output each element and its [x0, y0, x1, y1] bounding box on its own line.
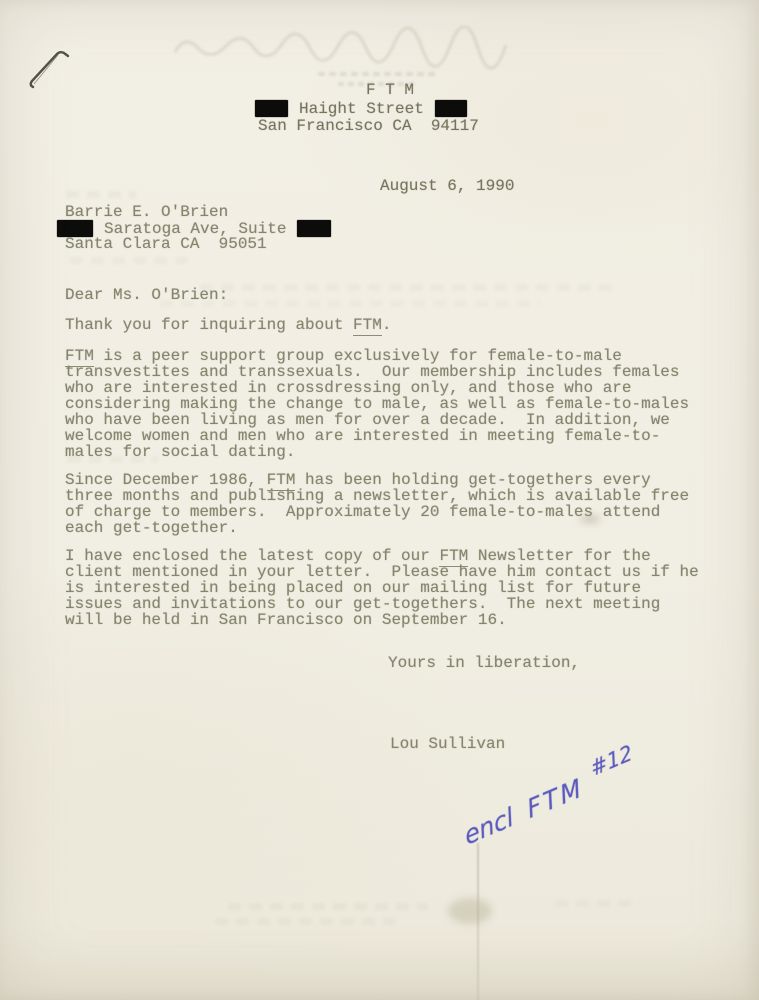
staple [20, 40, 80, 100]
text-line: transvestites and transsexuals. Our memb… [65, 364, 689, 380]
redaction-box [435, 100, 467, 117]
text-segment: each get-together. [65, 519, 238, 537]
letterhead-org: F T M [366, 82, 414, 98]
text-line: Haight Street [255, 100, 478, 116]
text-line: Thank you for inquiring about FTM. [65, 317, 391, 333]
redaction-box [297, 220, 331, 237]
text-line: who have been living as men for over a d… [65, 412, 689, 428]
letter-date: August 6, 1990 [380, 178, 514, 194]
salutation: Dear Ms. O'Brien: [65, 287, 228, 303]
text-line: Barrie E. O'Brien [65, 204, 342, 220]
text-line: FTM is a peer support group exclusively … [65, 348, 689, 364]
scanned-letter-page: F T M Haight Street San Francisco CA 941… [0, 0, 759, 1000]
letterhead-city: San Francisco CA 94117 [258, 118, 479, 134]
text-line: considering making the change to male, a… [65, 396, 689, 412]
text-line: Saratoga Ave, Suite [57, 220, 342, 236]
text-line: Santa Clara CA 95051 [65, 236, 342, 252]
paragraph-meetings: Since December 1986, FTM has been holdin… [65, 472, 689, 536]
text-segment: males for social dating. [65, 443, 295, 461]
smudge [448, 898, 492, 924]
text-line: welcome women and men who are interested… [65, 428, 689, 444]
bleed-through-mark [200, 284, 620, 291]
text-line: will be held in San Francisco on Septemb… [65, 612, 699, 628]
handwritten-word: FTM [525, 774, 586, 822]
bleed-through-mark [70, 257, 190, 264]
closing-line: Yours in liberation, [388, 655, 580, 671]
letterhead-street: Haight Street [255, 100, 478, 116]
text-line: issues and invitations to our get-togeth… [65, 596, 699, 612]
signature-name: Lou Sullivan [390, 736, 505, 752]
recipient-address: Barrie E. O'BrienSaratoga Ave, SuiteSant… [65, 204, 342, 252]
paragraph-about-ftm: FTM is a peer support group exclusively … [65, 348, 689, 460]
bleed-through-mark [215, 918, 395, 925]
bleed-through-mark [66, 191, 136, 198]
text-segment: Haight Street [299, 100, 424, 118]
text-segment: FTM [353, 316, 382, 336]
handwritten-word: encl [462, 804, 516, 849]
handwritten-word: #12 [588, 740, 635, 782]
text-line: males for social dating. [65, 444, 689, 460]
paragraph-enclosure: I have enclosed the latest copy of our F… [65, 548, 699, 628]
text-segment: . [382, 316, 392, 334]
text-segment: Santa Clara CA 95051 [65, 235, 267, 253]
text-segment: Thank you for inquiring about [65, 316, 353, 334]
bleed-through-mark [555, 900, 640, 907]
text-line: Since December 1986, FTM has been holdin… [65, 472, 689, 488]
text-line: of charge to members. Approximately 20 f… [65, 504, 689, 520]
text-segment: Barrie E. O'Brien [65, 203, 228, 221]
text-line: who are interested in crossdressing only… [65, 380, 689, 396]
text-line: client mentioned in your letter. Please … [65, 564, 699, 580]
text-line: I have enclosed the latest copy of our F… [65, 548, 699, 564]
text-line: each get-together. [65, 520, 689, 536]
bleed-through-mark [228, 903, 428, 910]
text-segment: will be held in San Francisco on Septemb… [65, 611, 507, 629]
paragraph-thank-you: Thank you for inquiring about FTM. [65, 317, 391, 333]
fold-crease [477, 843, 479, 1000]
redaction-box [255, 100, 288, 117]
text-line: is interested in being placed on our mai… [65, 580, 699, 596]
text-line: three months and publishing a newsletter… [65, 488, 689, 504]
